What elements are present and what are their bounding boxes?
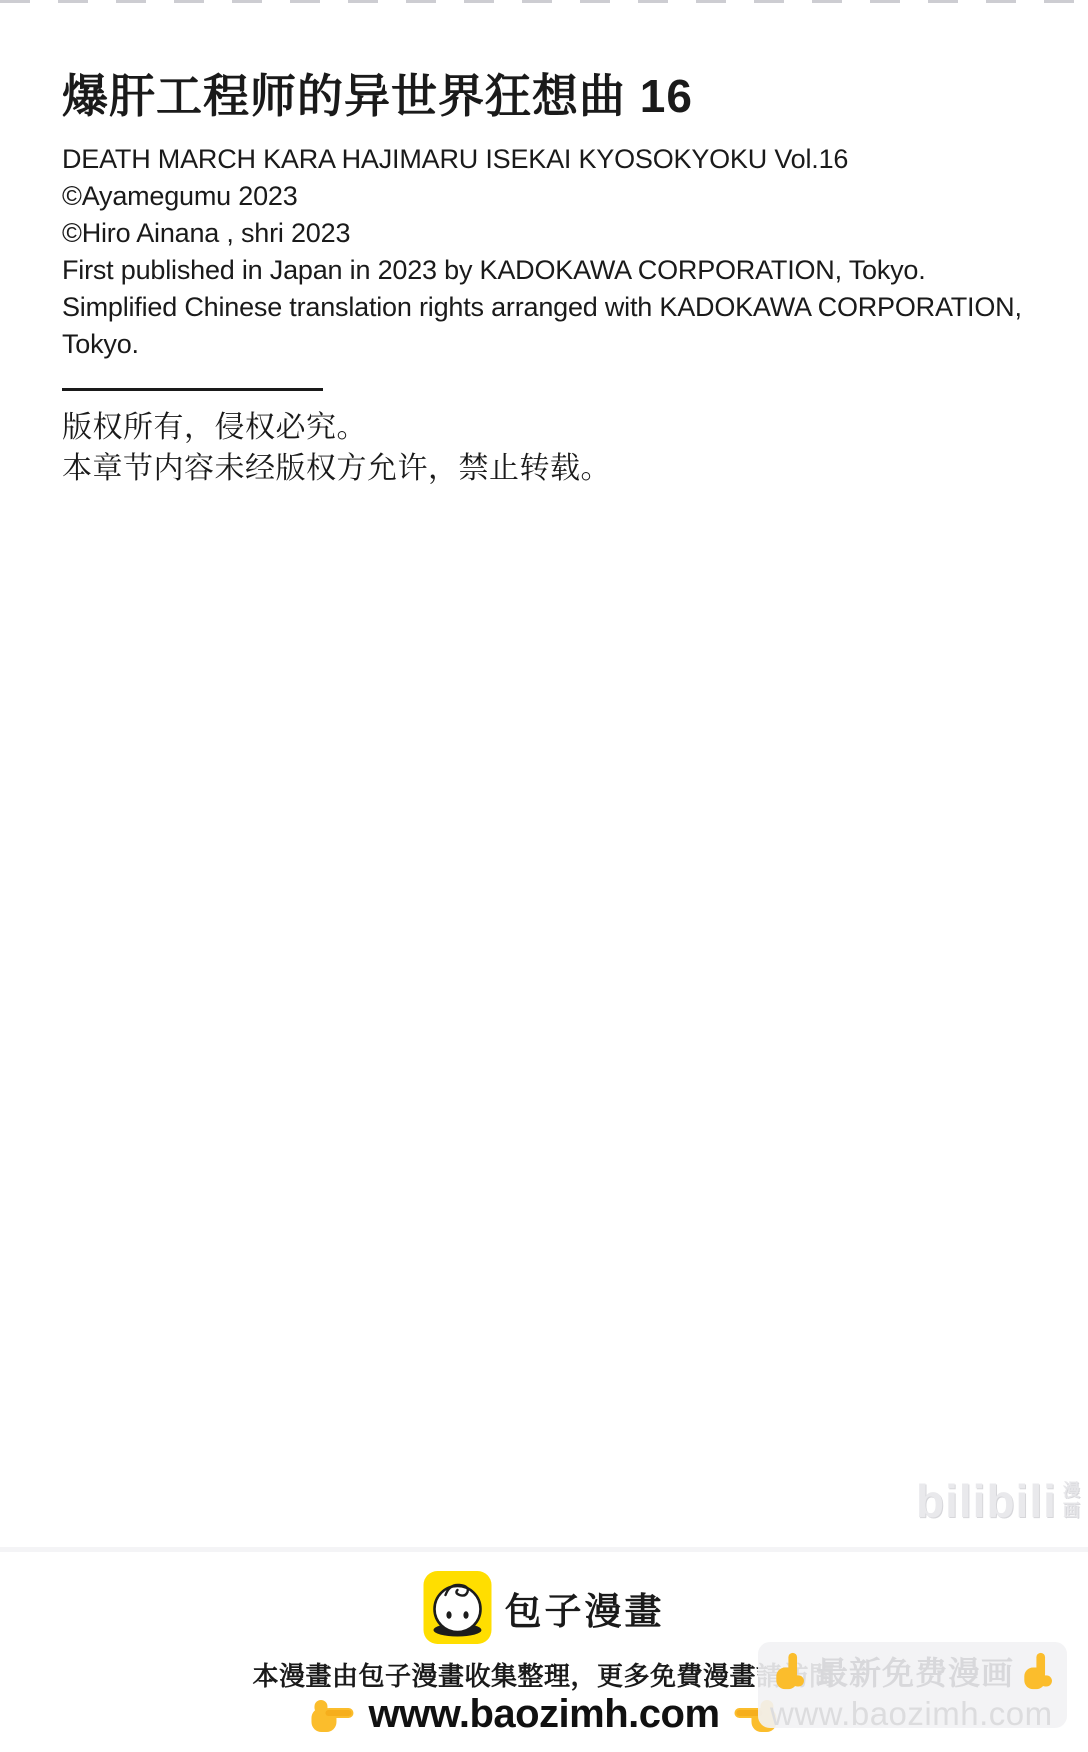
bilibili-logo: bilibili (916, 1478, 1057, 1524)
brand-name: 包子漫畫 (505, 1581, 665, 1635)
pointing-right-hand-icon (310, 1697, 354, 1733)
copyright-line: ©Ayamegumu 2023 (62, 178, 1022, 215)
copyright-line: Tokyo. (62, 326, 1022, 363)
rights-notice-line: 本章节内容未经版权方允许，禁止转载。 (62, 448, 611, 489)
baozi-logo-icon (424, 1571, 492, 1644)
romaji-title-line: DEATH MARCH KARA HAJIMARU ISEKAI KYOSOKY… (62, 141, 1022, 178)
book-title: 爆肝工程师的异世界狂想曲 16 (62, 70, 693, 123)
scan-edge-artifact (0, 0, 1088, 3)
baozi-brand-row: 包子漫畫 (424, 1571, 665, 1644)
copyright-line: First published in Japan in 2023 by KADO… (62, 252, 1022, 289)
bilibili-manga-suffix: 漫 画 (1063, 1481, 1080, 1522)
promo-watermark-text: 最新免费漫画 (816, 1648, 1014, 1694)
copyright-block: DEATH MARCH KARA HAJIMARU ISEKAI KYOSOKY… (62, 141, 1022, 363)
scan-band-artifact (0, 1547, 1088, 1552)
pointing-down-hand-icon (1023, 1652, 1055, 1690)
copyright-line: Simplified Chinese translation rights ar… (62, 289, 1022, 326)
credit-line: 本漫畫由包子漫畫收集整理，更多免費漫畫請訪問 (252, 1656, 835, 1693)
pointing-down-hand-icon (775, 1652, 807, 1690)
url-watermark: www.baozimh.com (770, 1695, 1053, 1733)
bilibili-watermark: bilibili 漫 画 (916, 1478, 1080, 1524)
promo-watermark-row: 最新免费漫画 (772, 1648, 1058, 1694)
site-url-link[interactable]: www.baozimh.com (368, 1692, 719, 1737)
section-divider (62, 388, 323, 391)
rights-notice-line: 版权所有，侵权必究。 (62, 407, 611, 448)
site-url-row: www.baozimh.com (310, 1692, 777, 1737)
copyright-line: ©Hiro Ainana , shri 2023 (62, 215, 1022, 252)
manga-colophon-page: 爆肝工程师的异世界狂想曲 16 DEATH MARCH KARA HAJIMAR… (0, 0, 1088, 1752)
rights-notice: 版权所有，侵权必究。 本章节内容未经版权方允许，禁止转载。 (62, 407, 611, 489)
